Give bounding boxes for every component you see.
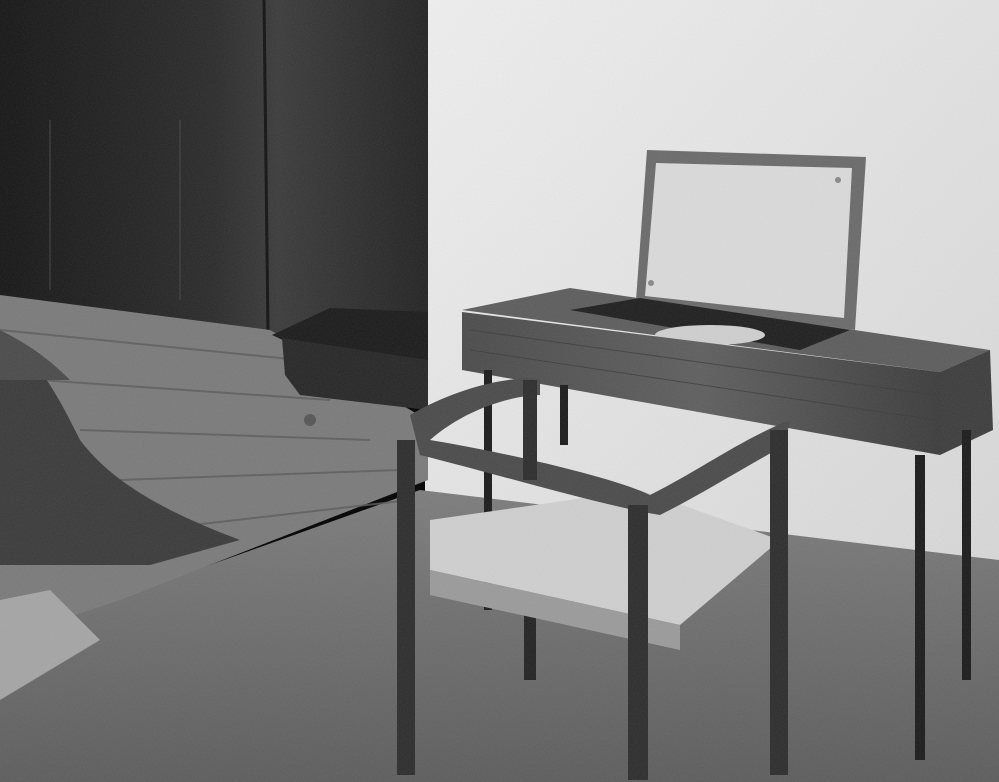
photograph bbox=[0, 0, 999, 782]
